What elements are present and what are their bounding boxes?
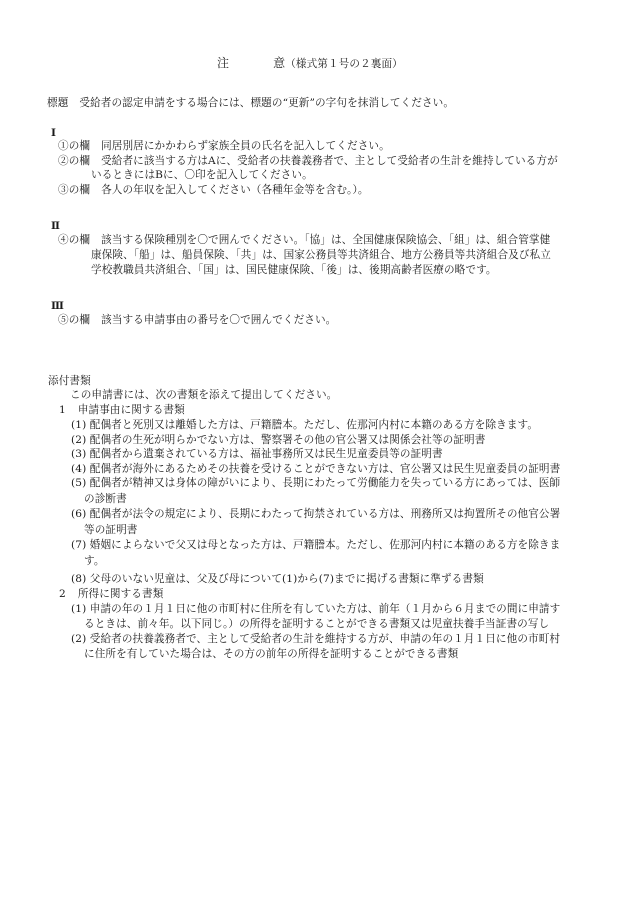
section-1-item-2: ②の欄受給者に該当する方はAに、受給者の扶養義務者で、主として受給者の生計を維持…: [58, 155, 558, 168]
item-number: (5): [71, 477, 86, 489]
attachment-item-1-6-cont: 等の証明書: [84, 524, 137, 537]
attachment-item-1-2: (2) 配偶者の生死が明らかでない方は、警察署その他の官公署又は関係会社等の証明…: [71, 434, 485, 447]
field-instruction: 該当する申請事由の番号を〇で囲んでください。: [101, 314, 336, 326]
field-instruction: 該当する保険種別を〇で囲んでください。「協」は、全国健康保険協会、「組」は、組合…: [101, 234, 550, 246]
item-text: 配偶者から遺棄されている方は、福祉事務所又は民生児童委員等の証明書: [90, 448, 443, 460]
attachment-item-2-2: (2) 受給者の扶養義務者で、主として受給者の生計を維持する方が、申請の年の１月…: [71, 633, 560, 646]
form-number: （様式第１号の２裏面）: [285, 58, 403, 70]
title-char-2: 意: [273, 56, 285, 70]
attachment-group-1-heading: 1申請事由に関する書類: [59, 404, 185, 417]
field-label: ②の欄: [58, 155, 90, 167]
item-text: 配偶者が海外にあるためその扶養を受けることができない方は、官公署又は民生児童委員…: [90, 463, 561, 475]
attachment-item-1-6: (6) 配偶者が法令の規定により、長期にわたって拘禁されている方は、刑務所又は拘…: [71, 508, 560, 521]
group-title: 所得に関する書類: [78, 588, 164, 600]
field-label: ③の欄: [58, 184, 90, 196]
item-number: (8): [71, 573, 86, 585]
item-number: (7): [71, 539, 86, 551]
item-text: 婚姻によらないで父又は母となった方は、戸籍謄本。ただし、佐那河内村に本籍のある方…: [90, 539, 561, 551]
field-instruction: 同居別居にかかわらず家族全員の氏名を記入してください。: [101, 140, 390, 152]
section-1-item-3: ③の欄各人の年収を記入してください（各種年金等を含む。）。: [58, 184, 369, 197]
attachment-group-2-heading: 2所得に関する書類: [59, 588, 163, 601]
section-1-item-1: ①の欄同居別居にかかわらず家族全員の氏名を記入してください。: [58, 140, 390, 153]
item-text: 配偶者と死別又は離婚した方は、戸籍謄本。ただし、佐那河内村に本籍のある方を除きま…: [90, 419, 538, 431]
title-note: 標題受給者の認定申請をする場合には、標題の“更新”の字句を抹消してください。: [47, 97, 454, 110]
field-label: ⑤の欄: [58, 314, 90, 326]
group-number: 2: [59, 588, 66, 600]
attachment-item-1-5: (5) 配偶者が精神又は身体の障がいにより、長期にわたって労働能力を失っている方…: [71, 477, 560, 490]
field-label: ①の欄: [58, 140, 90, 152]
attachment-item-1-5-cont: の診断書: [84, 493, 127, 506]
section-1-numeral: Ⅰ: [51, 127, 56, 140]
section-2-item-1: ④の欄該当する保険種別を〇で囲んでください。「協」は、全国健康保険協会、「組」は…: [58, 234, 550, 247]
section-2-numeral: Ⅱ: [51, 220, 60, 233]
section-3-numeral: Ⅲ: [51, 300, 64, 313]
field-instruction: 受給者に該当する方はAに、受給者の扶養義務者で、主として受給者の生計を維持してい…: [101, 155, 558, 167]
item-text: 受給者の扶養義務者で、主として受給者の生計を維持する方が、申請の年の１月１日に他…: [90, 633, 560, 645]
attachment-item-2-2-cont: に住所を有していた場合は、その方の前年の所得を証明することができる書類: [84, 648, 458, 661]
attachments-intro: この申請書には、次の書類を添えて提出してください。: [70, 389, 337, 402]
section-1-item-2-cont: いるときにはBに、〇印を記入してください。: [91, 169, 313, 182]
item-number: (1): [71, 603, 86, 615]
item-number: (4): [71, 463, 86, 475]
attachment-item-1-3: (3) 配偶者から遺棄されている方は、福祉事務所又は民生児童委員等の証明書: [71, 448, 443, 461]
attachment-item-1-7: (7) 婚姻によらないで父又は母となった方は、戸籍謄本。ただし、佐那河内村に本籍…: [71, 539, 560, 552]
group-number: 1: [59, 404, 66, 416]
attachment-item-2-1-cont: るときは、前々年。以下同じ。）の所得を証明することができる書類又は児童扶養手当証…: [84, 618, 549, 631]
item-text: 父母のいない児童は、父及び母について(1)から(7)までに掲げる書類に準ずる書類: [90, 573, 484, 585]
item-text: 申請の年の１月１日に他の市町村に住所を有していた方は、前年（１月から６月までの間…: [90, 603, 561, 615]
attachment-item-1-1: (1) 配偶者と死別又は離婚した方は、戸籍謄本。ただし、佐那河内村に本籍のある方…: [71, 419, 538, 432]
item-number: (6): [71, 508, 86, 520]
item-number: (2): [71, 633, 86, 645]
page-title: 注意（様式第１号の２裏面）: [217, 57, 403, 71]
title-note-label: 標題: [47, 97, 68, 109]
attachment-item-2-1: (1) 申請の年の１月１日に他の市町村に住所を有していた方は、前年（１月から６月…: [71, 603, 560, 616]
item-number: (2): [71, 434, 86, 446]
item-text: 配偶者が法令の規定により、長期にわたって拘禁されている方は、刑務所又は拘置所その…: [90, 508, 561, 520]
item-number: (3): [71, 448, 86, 460]
title-note-text: 受給者の認定申請をする場合には、標題の“更新”の字句を抹消してください。: [79, 97, 454, 109]
attachments-heading: 添付書類: [48, 375, 91, 388]
title-char-1: 注: [217, 56, 229, 70]
field-instruction: 各人の年収を記入してください（各種年金等を含む。）。: [101, 184, 368, 196]
section-2-item-1-cont-2: 学校教職員共済組合、「国」は、国民健康保険、「後」は、後期高齢者医療の略です。: [91, 264, 497, 277]
attachment-item-1-4: (4) 配偶者が海外にあるためその扶養を受けることができない方は、官公署又は民生…: [71, 463, 560, 476]
item-text: 配偶者の生死が明らかでない方は、警察署その他の官公署又は関係会社等の証明書: [90, 434, 486, 446]
attachment-item-1-7-cont: す。: [84, 555, 105, 568]
section-3-item-1: ⑤の欄該当する申請事由の番号を〇で囲んでください。: [58, 314, 336, 327]
group-title: 申請事由に関する書類: [78, 404, 185, 416]
item-number: (1): [71, 419, 86, 431]
section-2-item-1-cont-1: 康保険、「船」は、船員保険、「共」は、国家公務員等共済組合、地方公務員等共済組合…: [91, 249, 551, 262]
field-label: ④の欄: [58, 234, 90, 246]
attachment-item-1-8: (8) 父母のいない児童は、父及び母について(1)から(7)までに掲げる書類に準…: [71, 573, 484, 586]
item-text: 配偶者が精神又は身体の障がいにより、長期にわたって労働能力を失っている方にあって…: [90, 477, 560, 489]
